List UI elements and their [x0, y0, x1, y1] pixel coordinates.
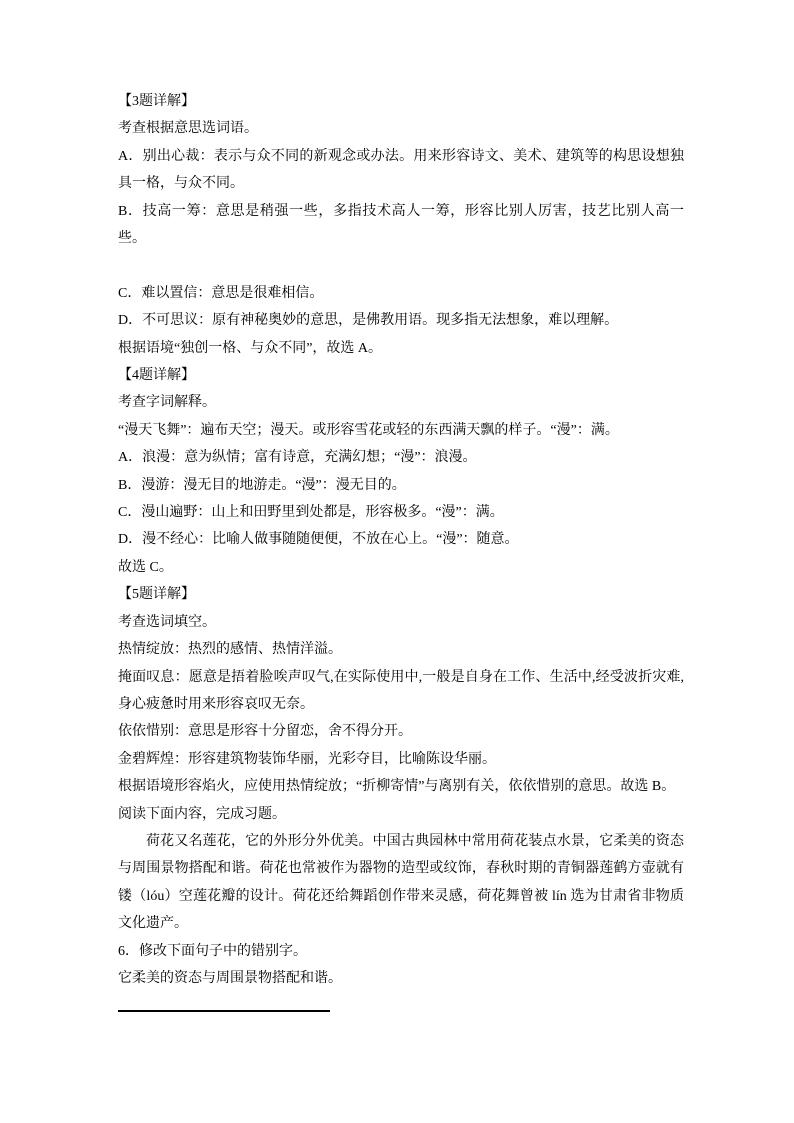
q5-term-jinbi: 金碧辉煌：形容建筑物装饰华丽，光彩夺目，比喻陈设华丽。: [118, 746, 684, 773]
q3-answer: 根据语境“独创一格、与众不同”，故选 A。: [118, 335, 684, 362]
q5-term-yanmian: 掩面叹息：愿意是捂着脸唉声叹气,在实际使用中,一般是自身在工作、生活中,经受波折…: [118, 664, 684, 719]
q4-intro: 考查字词解释。: [118, 389, 684, 416]
blank-spacer-line: [118, 252, 684, 279]
q5-answer: 根据语境形容焰火，应使用热情绽放；“折柳寄情”与离别有关，依依惜别的意思。故选 …: [118, 773, 684, 800]
q4-option-a: A．浪漫：意为纵情；富有诗意，充满幻想；“漫”：浪漫。: [118, 444, 684, 471]
q3-option-d: D．不可思议：原有神秘奥妙的意思，是佛教用语。现多指无法想象，难以理解。: [118, 307, 684, 334]
heading-q3-explanation: 【3题详解】: [118, 88, 684, 115]
q4-option-d: D．漫不经心：比喻人做事随随便便，不放在心上。“漫”：随意。: [118, 526, 684, 553]
reading-passage: 荷花又名莲花，它的外形分外优美。中国古典园林中常用荷花装点水景，它柔美的资态与周…: [118, 828, 684, 938]
q3-option-b: B．技高一筹：意思是稍强一些，多指技术高人一筹，形容比别人厉害，技艺比别人高一些…: [118, 198, 684, 253]
q5-term-yiyi: 依依惜别：意思是形容十分留恋，舍不得分开。: [118, 718, 684, 745]
document-page: 【3题详解】考查根据意思选词语。A．别出心裁：表示与众不同的新观念或办法。用来形…: [0, 0, 794, 1123]
q5-term-reqing: 热情绽放：热烈的感情、热情洋溢。: [118, 636, 684, 663]
reading-instruction: 阅读下面内容，完成习题。: [118, 801, 684, 828]
answer-blank-line: [118, 992, 330, 1012]
q3-option-c: C．难以置信：意思是很难相信。: [118, 280, 684, 307]
heading-q5-explanation: 【5题详解】: [118, 581, 684, 608]
document-body: 【3题详解】考查根据意思选词语。A．别出心裁：表示与众不同的新观念或办法。用来形…: [118, 88, 684, 1012]
q4-answer: 故选 C。: [118, 554, 684, 581]
q6-stem: 6．修改下面句子中的错别字。: [118, 938, 684, 965]
q3-option-a: A．别出心裁：表示与众不同的新观念或办法。用来形容诗文、美术、建筑等的构思设想独…: [118, 143, 684, 198]
q6-sentence: 它柔美的资态与周围景物搭配和谐。: [118, 965, 684, 992]
q4-option-c: C．漫山遍野：山上和田野里到处都是，形容极多。“漫”：满。: [118, 499, 684, 526]
q5-intro: 考查选词填空。: [118, 609, 684, 636]
q4-option-b: B．漫游：漫无目的地游走。“漫”：漫无目的。: [118, 472, 684, 499]
q3-intro: 考查根据意思选词语。: [118, 115, 684, 142]
heading-q4-explanation: 【4题详解】: [118, 362, 684, 389]
q4-term-explain: “漫天飞舞”：遍布天空；漫天。或形容雪花或轻的东西满天飘的样子。“漫”：满。: [118, 417, 684, 444]
